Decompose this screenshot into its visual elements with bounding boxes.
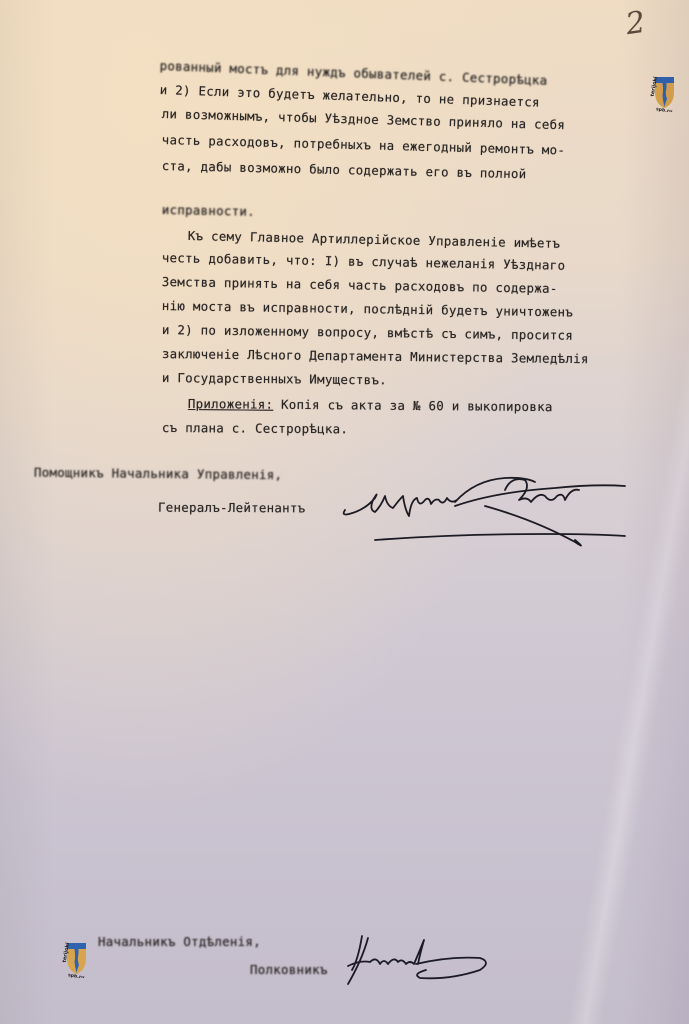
body-line: Земства принять на себя часть расходовъ … xyxy=(162,274,558,296)
attachments-line: съ плана с. Сестрорѣцка. xyxy=(162,420,348,436)
body-line: нiю моста въ исправности, послѣднiй буде… xyxy=(162,298,573,319)
terijoki-shield-watermark-icon: terijoki spb.ru xyxy=(646,74,678,112)
signature-1-icon xyxy=(335,470,635,550)
body-line: Къ сему Главное Артиллерiйское Управленi… xyxy=(188,228,561,251)
body-line: заключенiе Лѣсного Департамента Министер… xyxy=(162,346,589,366)
document-page: 2 terijoki spb.ru рованный мостъ для нуж… xyxy=(0,0,689,1024)
body-line: ста, дабы возможно было содержать его въ… xyxy=(162,158,527,181)
body-line: и Государственныхъ Имуществъ. xyxy=(162,370,387,387)
signatory-2-position: Начальникъ Отдѣленiя, xyxy=(98,934,261,949)
signature-2-icon xyxy=(340,930,510,1000)
attachments-label: Приложенiя: xyxy=(188,396,273,412)
body-line: исправности. xyxy=(162,202,255,219)
body-line: и 2) Если это будетъ желательно, то не п… xyxy=(160,82,541,110)
body-line: ли возможнымъ, чтобы Уѣздное Земство при… xyxy=(162,106,566,132)
signatory-1-rank: Генералъ-Лейтенантъ xyxy=(158,500,306,516)
body-line: и 2) по изложенному вопросу, вмѣстѣ съ с… xyxy=(162,322,573,343)
terijoki-shield-watermark-icon: terijoki spb.ru xyxy=(58,940,90,978)
body-line: часть расходовъ, потребныхъ на ежегодный… xyxy=(162,132,566,158)
attachments-line: Копiя съ акта за № 60 и выкопировка xyxy=(281,397,553,414)
body-line: честь добавить, что: I) въ случаѣ нежела… xyxy=(162,250,566,273)
page-number: 2 xyxy=(624,5,648,42)
attachments-section: Приложенiя: Копiя съ акта за № 60 и выко… xyxy=(188,396,553,414)
signatory-1-position: Помощникъ Начальника Управленiя, xyxy=(34,465,282,483)
signatory-2-rank: Полковникъ xyxy=(250,962,328,977)
